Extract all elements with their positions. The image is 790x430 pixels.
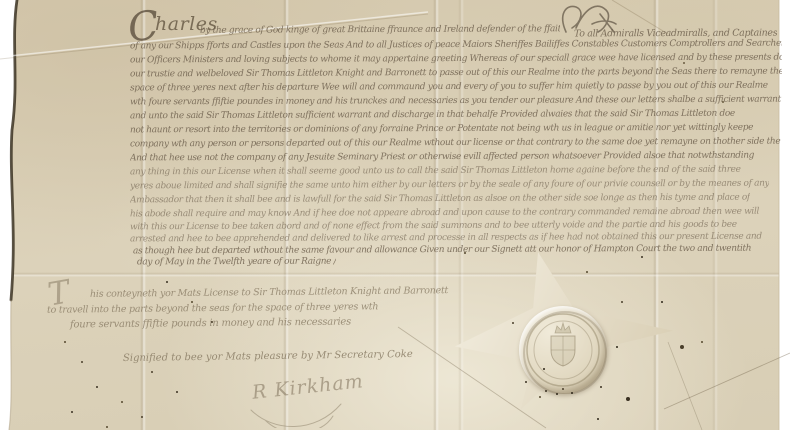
signature-swash bbox=[243, 392, 358, 428]
scan-background: C harles by the grace of God kinge of gr… bbox=[0, 0, 790, 430]
right-white-margin bbox=[779, 0, 790, 430]
fold-crease-horizontal bbox=[6, 272, 780, 277]
royal-signet-seal bbox=[519, 306, 607, 394]
seal-impression bbox=[519, 306, 607, 394]
manuscript-line: by the grace of God kinge of great Britt… bbox=[200, 24, 560, 36]
manuscript-line: day of May in the Twelfth yeare of our R… bbox=[137, 257, 336, 268]
ink-speckles bbox=[0, 0, 2, 2]
manuscript-line: To all Admiralls Viceadmiralls, and Capt… bbox=[574, 28, 777, 40]
seal-crown bbox=[555, 323, 571, 333]
